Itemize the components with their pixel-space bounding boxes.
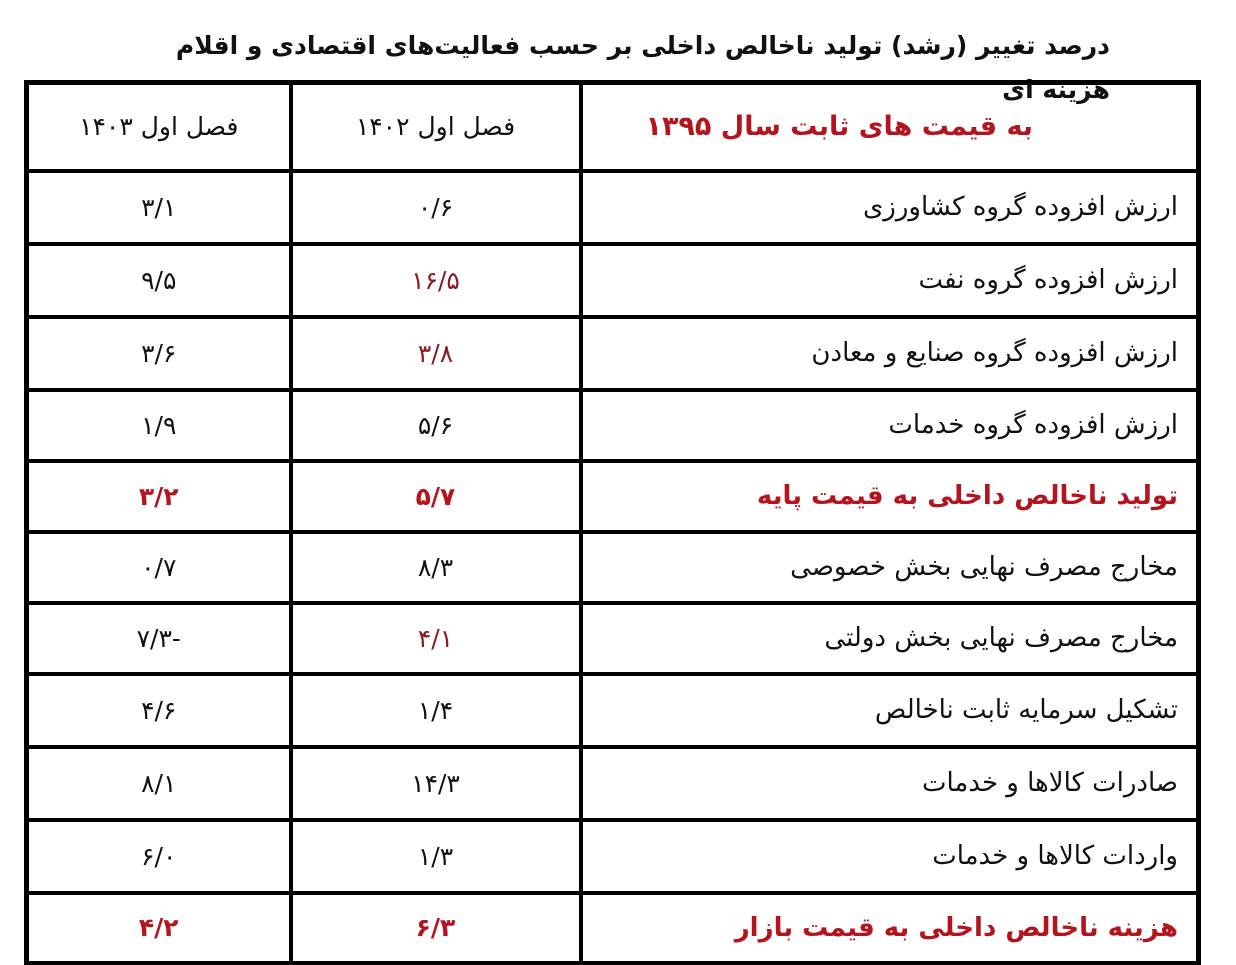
value-1402: ۶/۳ xyxy=(291,893,581,964)
value-1402: ۵/۶ xyxy=(291,390,581,461)
table-title: درصد تغییر (رشد) تولید ناخالص داخلی بر ح… xyxy=(100,24,1110,68)
row-label: صادرات کالاها و خدمات xyxy=(581,747,1199,820)
value-1402: ۱۴/۳ xyxy=(291,747,581,820)
table-row: صادرات کالاها و خدمات ۱۴/۳ ۸/۱ xyxy=(27,747,1199,820)
row-label: ارزش افزوده گروه صنایع و معادن xyxy=(581,317,1199,390)
header-q1-1402: فصل اول ۱۴۰۲ xyxy=(291,83,581,171)
row-label: مخارج مصرف نهایی بخش خصوصی xyxy=(581,532,1199,603)
value-1402: ۴/۱ xyxy=(291,603,581,674)
row-label: تشکیل سرمایه ثابت ناخالص xyxy=(581,674,1199,747)
row-label: تولید ناخالص داخلی به قیمت پایه xyxy=(581,461,1199,532)
table-row: مخارج مصرف نهایی بخش دولتی ۴/۱ -۷/۳ xyxy=(27,603,1199,674)
table-row: تشکیل سرمایه ثابت ناخالص ۱/۴ ۴/۶ xyxy=(27,674,1199,747)
value-1403: ۴/۶ xyxy=(27,674,291,747)
table-row: مخارج مصرف نهایی بخش خصوصی ۸/۳ ۰/۷ xyxy=(27,532,1199,603)
header-q1-1403: فصل اول ۱۴۰۳ xyxy=(27,83,291,171)
value-1403: ۹/۵ xyxy=(27,244,291,317)
table-row-highlight: تولید ناخالص داخلی به قیمت پایه ۵/۷ ۳/۲ xyxy=(27,461,1199,532)
value-1402: ۱۶/۵ xyxy=(291,244,581,317)
value-1403: -۷/۳ xyxy=(27,603,291,674)
value-1403: ۳/۲ xyxy=(27,461,291,532)
row-label: هزینه ناخالص داخلی به قیمت بازار xyxy=(581,893,1199,964)
table-row: ارزش افزوده گروه کشاورزی ۰/۶ ۳/۱ xyxy=(27,171,1199,244)
row-label: ارزش افزوده گروه خدمات xyxy=(581,390,1199,461)
value-1402: ۵/۷ xyxy=(291,461,581,532)
value-1403: ۳/۶ xyxy=(27,317,291,390)
value-1403: ۱/۹ xyxy=(27,390,291,461)
value-1402: ۱/۳ xyxy=(291,820,581,893)
value-1403: ۶/۰ xyxy=(27,820,291,893)
table-row: ارزش افزوده گروه خدمات ۵/۶ ۱/۹ xyxy=(27,390,1199,461)
row-label: ارزش افزوده گروه کشاورزی xyxy=(581,171,1199,244)
table-row: ارزش افزوده گروه صنایع و معادن ۳/۸ ۳/۶ xyxy=(27,317,1199,390)
value-1403: ۸/۱ xyxy=(27,747,291,820)
value-1403: ۳/۱ xyxy=(27,171,291,244)
value-1403: ۴/۲ xyxy=(27,893,291,964)
value-1402: ۱/۴ xyxy=(291,674,581,747)
table-header-row: به قیمت های ثابت سال ۱۳۹۵ فصل اول ۱۴۰۲ ف… xyxy=(27,83,1199,171)
header-label-constant-prices: به قیمت های ثابت سال ۱۳۹۵ xyxy=(581,83,1199,171)
table-row: ارزش افزوده گروه نفت ۱۶/۵ ۹/۵ xyxy=(27,244,1199,317)
value-1402: ۰/۶ xyxy=(291,171,581,244)
value-1402: ۳/۸ xyxy=(291,317,581,390)
gdp-growth-table: به قیمت های ثابت سال ۱۳۹۵ فصل اول ۱۴۰۲ ف… xyxy=(24,80,1201,965)
value-1402: ۸/۳ xyxy=(291,532,581,603)
table-row: واردات کالاها و خدمات ۱/۳ ۶/۰ xyxy=(27,820,1199,893)
row-label: واردات کالاها و خدمات xyxy=(581,820,1199,893)
value-1403: ۰/۷ xyxy=(27,532,291,603)
table-row-highlight: هزینه ناخالص داخلی به قیمت بازار ۶/۳ ۴/۲ xyxy=(27,893,1199,964)
row-label: ارزش افزوده گروه نفت xyxy=(581,244,1199,317)
row-label: مخارج مصرف نهایی بخش دولتی xyxy=(581,603,1199,674)
